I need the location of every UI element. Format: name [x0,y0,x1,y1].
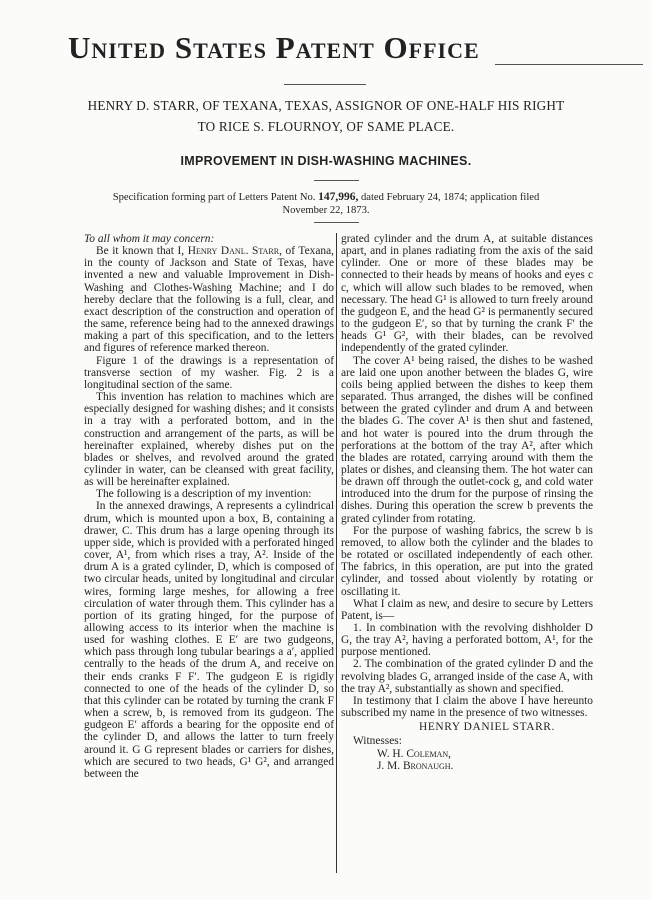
paragraph: The cover A¹ being raised, the dishes to… [341,355,593,525]
witnesses-label: Witnesses: [341,735,593,747]
right-column: grated cylinder and the drum A, at suita… [341,233,593,772]
spec-suffix: dated February 24, 1874; application fil… [361,192,539,203]
claim-1: 1. In combination with the revolving dis… [341,622,593,658]
office-title: United States Patent Office [68,30,628,66]
text-run: Be it known that I, [96,245,184,257]
paragraph: What I claim as new, and desire to secur… [341,598,593,622]
paragraph: For the purpose of washing fabrics, the … [341,525,593,598]
column-divider [336,233,337,873]
witness-1: W. H. Coleman, [341,748,593,760]
inventor-line-2: TO RICE S. FLOURNOY, OF SAME PLACE. [0,119,652,135]
patent-page: United States Patent Office HENRY D. STA… [0,0,652,900]
witness-2: J. M. Bronaugh. [341,760,593,772]
paragraph: In the annexed drawings, A represents a … [84,500,334,780]
paragraph: Figure 1 of the drawings is a representa… [84,355,334,391]
patent-number: 147,996, [318,191,358,203]
rule-divider [284,84,366,85]
rule-divider [314,222,359,223]
inventor-signature: HENRY DANIEL STARR. [341,721,593,733]
inventor-name: Henry Danl. Starr, [188,245,282,257]
improvement-title: IMPROVEMENT IN DISH-WASHING MACHINES. [0,154,652,168]
title-underline [495,64,643,65]
paragraph: In testimony that I claim the above I ha… [341,695,593,719]
paragraph: Be it known that I, Henry Danl. Starr, o… [84,245,334,354]
left-column: To all whom it may concern: Be it known … [84,233,334,780]
inventor-line-1: HENRY D. STARR, OF TEXANA, TEXAS, ASSIGN… [0,98,652,114]
rule-divider [314,180,359,181]
paragraph: The following is a description of my inv… [84,488,334,500]
paragraph: This invention has relation to machines … [84,391,334,488]
claim-2: 2. The combination of the grated cylinde… [341,658,593,694]
specification-line: Specification forming part of Letters Pa… [0,191,652,203]
paragraph: grated cylinder and the drum A, at suita… [341,233,593,355]
application-date: November 22, 1873. [0,205,652,216]
salutation: To all whom it may concern: [84,233,334,245]
spec-prefix: Specification forming part of Letters Pa… [113,192,316,203]
text-run: of Texana, in the county of Jackson and … [84,245,334,354]
